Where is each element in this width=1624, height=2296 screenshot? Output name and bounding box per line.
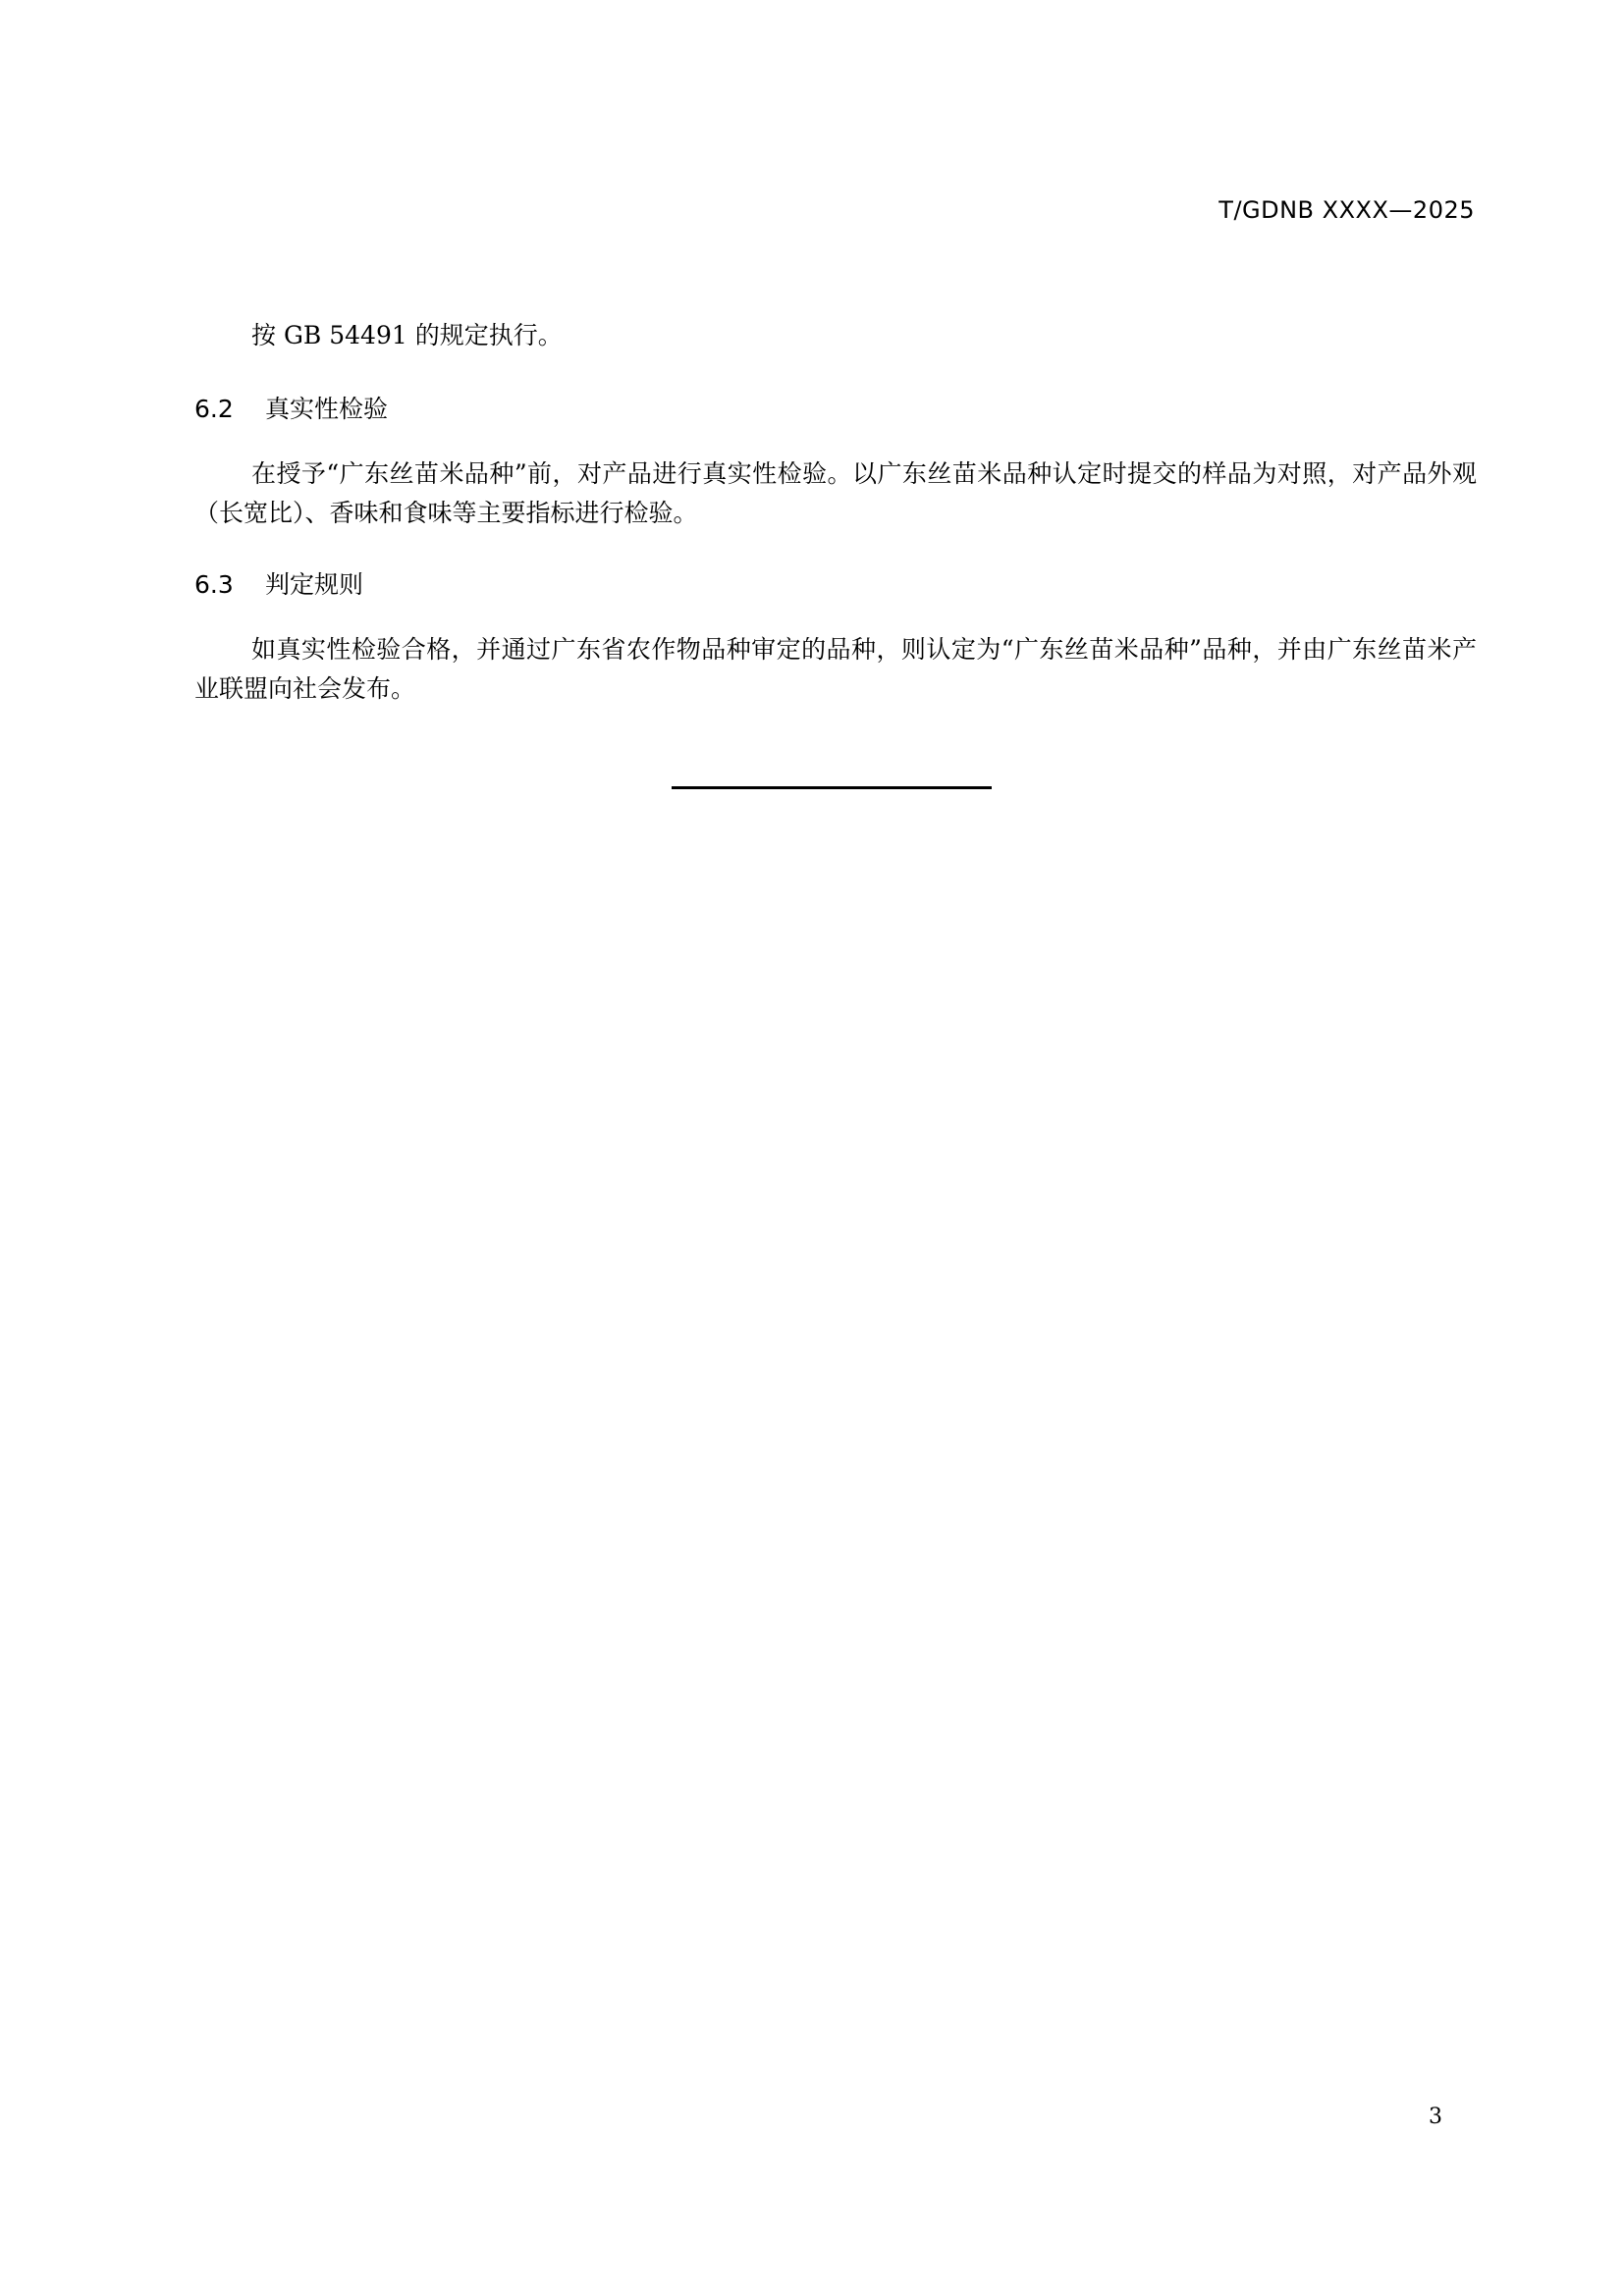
paragraph-6-1-text: 按 GB 54491 的规定执行。	[194, 316, 1477, 355]
page-number: 3	[1429, 2105, 1442, 2129]
section-heading-6-3: 6.3判定规则	[194, 565, 363, 605]
document-end-rule	[672, 786, 992, 789]
section-title: 判定规则	[265, 570, 363, 599]
paragraph-6-3-text: 如真实性检验合格，并通过广东省农作物品种审定的品种，则认定为“广东丝苗米品种”品…	[194, 630, 1477, 709]
standard-code-header: T/GDNB XXXX—2025	[1218, 196, 1475, 224]
paragraph-6-2-text: 在授予“广东丝苗米品种”前，对产品进行真实性检验。以广东丝苗米品种认定时提交的样…	[194, 454, 1477, 533]
section-heading-6-2: 6.2真实性检验	[194, 390, 388, 429]
section-title: 真实性检验	[265, 395, 388, 423]
section-number: 6.3	[194, 565, 265, 605]
section-number: 6.2	[194, 390, 265, 429]
